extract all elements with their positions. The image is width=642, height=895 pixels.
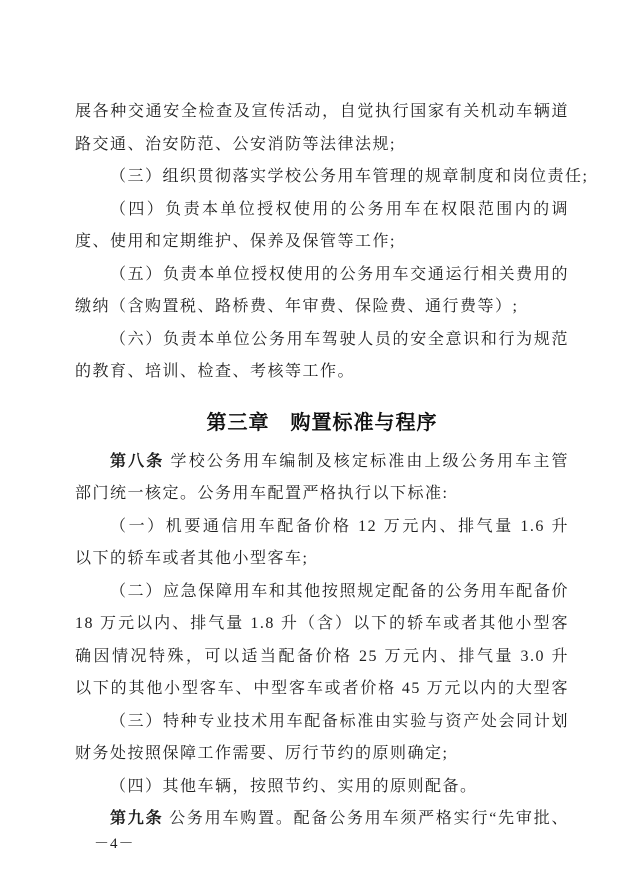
- text-line: 度、使用和定期维护、保养及保管等工作;: [75, 226, 569, 259]
- text-line: （四）负责本单位授权使用的公务用车在权限范围内的调: [75, 194, 569, 227]
- line-text: 公务用车购置。配备公务用车须严格实行“先审批、: [163, 810, 569, 827]
- article-label: 第八条: [110, 453, 164, 470]
- text-line: （三）特种专业技术用车配备标准由实验与资产处会同计划: [75, 706, 569, 739]
- line-text: 学校公务用车编制及核定标准由上级公务用车主管: [164, 453, 569, 470]
- line-text: 确因情况特殊，可以适当配备价格 25 万元内、排气量 3.0 升（含）: [75, 648, 569, 674]
- text-line: 缴纳（含购置税、路桥费、年审费、保险费、通行费等）;: [75, 291, 569, 324]
- line-text: （一）机要通信用车配备价格 12 万元内、排气量 1.6 升（含）: [75, 518, 569, 544]
- line-text: （五）负责本单位授权使用的公务用车交通运行相关费用的: [110, 266, 569, 283]
- text-body-bottom: 第八条 学校公务用车编制及核定标准由上级公务用车主管部门统一核定。公务用车配置严…: [75, 446, 569, 836]
- line-text: 路交通、治安防范、公安消防等法律法规;: [75, 136, 396, 153]
- line-text: 18 万元以内、排气量 1.8 升（含）以下的轿车或者其他小型客车。: [75, 615, 569, 641]
- text-line: （五）负责本单位授权使用的公务用车交通运行相关费用的: [75, 259, 569, 292]
- text-line: 以下的其他小型客车、中型客车或者价格 45 万元以内的大型客车;: [75, 673, 569, 706]
- chapter-heading: 第三章 购置标准与程序: [75, 409, 569, 437]
- text-line: 确因情况特殊，可以适当配备价格 25 万元内、排气量 3.0 升（含）: [75, 641, 569, 674]
- text-line: 18 万元以内、排气量 1.8 升（含）以下的轿车或者其他小型客车。: [75, 608, 569, 641]
- line-text: （四）负责本单位授权使用的公务用车在权限范围内的调: [110, 201, 569, 218]
- article-label: 第九条: [110, 810, 163, 827]
- line-text: （二）应急保障用车和其他按照规定配备的公务用车配备价格: [75, 583, 569, 609]
- text-line: 路交通、治安防范、公安消防等法律法规;: [75, 129, 569, 162]
- text-line: （六）负责本单位公务用车驾驶人员的安全意识和行为规范: [75, 324, 569, 357]
- text-line: （一）机要通信用车配备价格 12 万元内、排气量 1.6 升（含）: [75, 511, 569, 544]
- line-text: 部门统一核定。公务用车配置严格执行以下标准:: [75, 485, 448, 502]
- line-text: 以下的其他小型客车、中型客车或者价格 45 万元以内的大型客车;: [75, 680, 569, 706]
- page-number: －4－: [94, 832, 135, 853]
- line-text: （六）负责本单位公务用车驾驶人员的安全意识和行为规范: [110, 331, 569, 348]
- line-text: 以下的轿车或者其他小型客车;: [75, 550, 308, 567]
- line-text: 展各种交通安全检查及宣传活动，自觉执行国家有关机动车辆道: [75, 103, 569, 120]
- text-line: （三）组织贯彻落实学校公务用车管理的规章制度和岗位责任;: [75, 161, 569, 194]
- line-text: 缴纳（含购置税、路桥费、年审费、保险费、通行费等）;: [75, 298, 518, 315]
- document-content: 展各种交通安全检查及宣传活动，自觉执行国家有关机动车辆道路交通、治安防范、公安消…: [75, 96, 569, 836]
- text-line: 部门统一核定。公务用车配置严格执行以下标准:: [75, 478, 569, 511]
- text-line: （四）其他车辆，按照节约、实用的原则配备。: [75, 771, 569, 804]
- text-line: 的教育、培训、检查、考核等工作。: [75, 356, 569, 389]
- text-line: 以下的轿车或者其他小型客车;: [75, 543, 569, 576]
- text-line: 财务处按照保障工作需要、厉行节约的原则确定;: [75, 738, 569, 771]
- text-line: 第八条 学校公务用车编制及核定标准由上级公务用车主管: [75, 446, 569, 479]
- line-text: （三）特种专业技术用车配备标准由实验与资产处会同计划: [110, 713, 569, 730]
- text-line: （二）应急保障用车和其他按照规定配备的公务用车配备价格: [75, 576, 569, 609]
- text-line: 第九条 公务用车购置。配备公务用车须严格实行“先审批、: [75, 803, 569, 836]
- line-text: 的教育、培训、检查、考核等工作。: [75, 363, 355, 380]
- line-text: （四）其他车辆，按照节约、实用的原则配备。: [110, 778, 478, 795]
- document-page: 展各种交通安全检查及宣传活动，自觉执行国家有关机动车辆道路交通、治安防范、公安消…: [0, 0, 642, 895]
- text-line: 展各种交通安全检查及宣传活动，自觉执行国家有关机动车辆道: [75, 96, 569, 129]
- line-text: （三）组织贯彻落实学校公务用车管理的规章制度和岗位责任;: [110, 168, 588, 185]
- line-text: 度、使用和定期维护、保养及保管等工作;: [75, 233, 396, 250]
- text-body-top: 展各种交通安全检查及宣传活动，自觉执行国家有关机动车辆道路交通、治安防范、公安消…: [75, 96, 569, 389]
- line-text: 财务处按照保障工作需要、厉行节约的原则确定;: [75, 745, 448, 762]
